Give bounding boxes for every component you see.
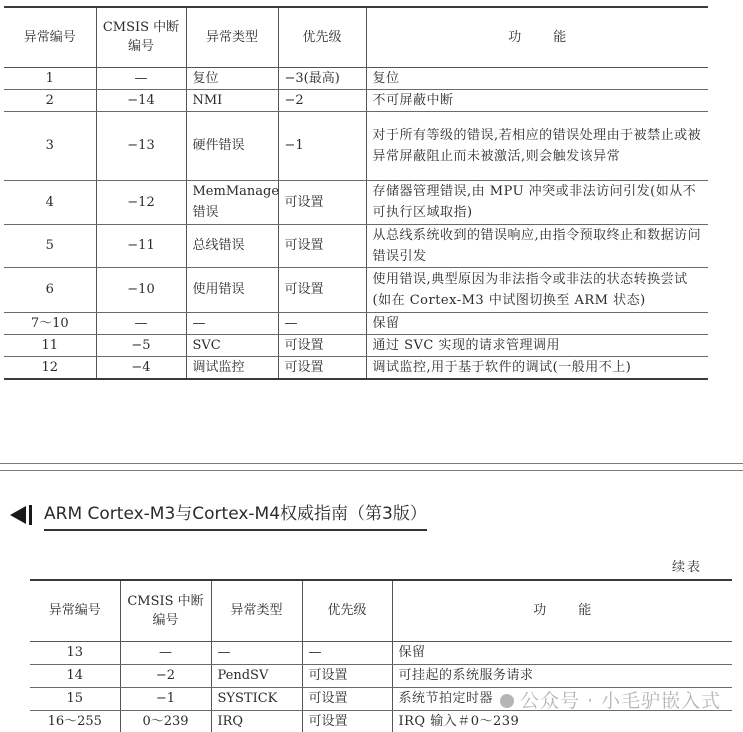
cell-priority: −2 (278, 89, 366, 111)
cell-no: 5 (4, 224, 96, 267)
cell-function: 对于所有等级的错误,若相应的错误处理由于被禁止或被异常屏蔽阻止而未被激活,则会触… (366, 111, 708, 180)
table-row: 13 — — — 保留 (30, 641, 732, 664)
cell-cmsis: −1 (120, 687, 211, 710)
cell-type: MemManage 错误 (186, 180, 278, 224)
cell-function: 从总线系统收到的错误响应,由指令预取终止和数据访问错误引发 (366, 224, 708, 267)
cell-cmsis: 0～239 (120, 710, 211, 732)
cell-priority: — (278, 312, 366, 334)
cell-priority: — (302, 641, 392, 664)
cell-cmsis: −4 (96, 356, 186, 379)
cell-type: 硬件错误 (186, 111, 278, 180)
wechat-icon (500, 694, 514, 708)
cell-cmsis: −11 (96, 224, 186, 267)
cell-no: 1 (4, 67, 96, 89)
cell-type: — (211, 641, 302, 664)
cell-cmsis: −13 (96, 111, 186, 180)
cell-priority: 可设置 (278, 267, 366, 312)
continued-label: 续表 (672, 556, 702, 575)
exception-table-top: 异常编号 CMSIS 中断编号 异常类型 优先级 功能 1 — 复位 −3(最高… (4, 6, 708, 380)
cell-priority: 可设置 (278, 356, 366, 379)
cell-type: SVC (186, 334, 278, 356)
cell-function: 复位 (366, 67, 708, 89)
table-row: 6 −10 使用错误 可设置 使用错误,典型原因为非法指令或非法的状态转换尝试(… (4, 267, 708, 312)
cell-priority: 可设置 (302, 664, 392, 687)
header-function-a: 功 (508, 28, 521, 47)
header-function: 功能 (392, 580, 732, 641)
cell-no: 2 (4, 89, 96, 111)
cell-function: 保留 (366, 312, 708, 334)
cell-function: IRQ 输入＃0～239 (392, 710, 732, 732)
left-arrow-bar-icon (10, 506, 26, 524)
cell-function: 保留 (392, 641, 732, 664)
left-arrow-bar-icon-bar (29, 505, 32, 525)
cell-priority: −3(最高) (278, 67, 366, 89)
cell-cmsis: −10 (96, 267, 186, 312)
cell-priority: 可设置 (278, 334, 366, 356)
cell-no: 4 (4, 180, 96, 224)
cell-function: 不可屏蔽中断 (366, 89, 708, 111)
header-exception-type: 异常类型 (186, 7, 278, 67)
header-cmsis-line1: CMSIS 中断 (103, 20, 179, 35)
table-row: 11 −5 SVC 可设置 通过 SVC 实现的请求管理调用 (4, 334, 708, 356)
cell-priority: 可设置 (302, 710, 392, 732)
cell-type: NMI (186, 89, 278, 111)
cell-type: IRQ (211, 710, 302, 732)
cell-no: 15 (30, 687, 120, 710)
header-cmsis-line2: 编号 (152, 613, 178, 628)
cell-cmsis: — (96, 67, 186, 89)
header-cmsis-line1: CMSIS 中断 (127, 594, 203, 609)
watermark: 公众号 · 小毛驴嵌入式 (500, 686, 721, 713)
cell-type: 复位 (186, 67, 278, 89)
header-cmsis-no: CMSIS 中断编号 (120, 580, 211, 641)
header-exception-type: 异常类型 (211, 580, 302, 641)
header-exception-no: 异常编号 (4, 7, 96, 67)
cell-function: 存储器管理错误,由 MPU 冲突或非法访问引发(如从不可执行区域取指) (366, 180, 708, 224)
cell-no: 12 (4, 356, 96, 379)
table-row: 2 −14 NMI −2 不可屏蔽中断 (4, 89, 708, 111)
cell-priority: −1 (278, 111, 366, 180)
header-priority: 优先级 (278, 7, 366, 67)
cell-cmsis: — (120, 641, 211, 664)
table-row: 14 −2 PendSV 可设置 可挂起的系统服务请求 (30, 664, 732, 687)
cell-cmsis: −14 (96, 89, 186, 111)
cell-no: 14 (30, 664, 120, 687)
watermark-text: 公众号 · 小毛驴嵌入式 (520, 690, 721, 712)
cell-cmsis: −12 (96, 180, 186, 224)
cell-no: 11 (4, 334, 96, 356)
header-cmsis-line2: 编号 (128, 39, 154, 54)
table-row: 12 −4 调试监控 可设置 调试监控,用于基于软件的调试(一般用不上) (4, 356, 708, 379)
table-row: 16～255 0～239 IRQ 可设置 IRQ 输入＃0～239 (30, 710, 732, 732)
cell-type: PendSV (211, 664, 302, 687)
cell-no: 16～255 (30, 710, 120, 732)
cell-function: 可挂起的系统服务请求 (392, 664, 732, 687)
header-function-a: 功 (533, 601, 546, 620)
cell-no: 13 (30, 641, 120, 664)
cell-no: 7～10 (4, 312, 96, 334)
table-row: 3 −13 硬件错误 −1 对于所有等级的错误,若相应的错误处理由于被禁止或被异… (4, 111, 708, 180)
header-function-b: 能 (578, 601, 591, 620)
table-header-row: 异常编号 CMSIS 中断编号 异常类型 优先级 功能 (30, 580, 732, 641)
header-exception-no: 异常编号 (30, 580, 120, 641)
cell-function: 使用错误,典型原因为非法指令或非法的状态转换尝试(如在 Cortex-M3 中试… (366, 267, 708, 312)
table-row: 1 — 复位 −3(最高) 复位 (4, 67, 708, 89)
cell-type: SYSTICK (211, 687, 302, 710)
cell-type: 总线错误 (186, 224, 278, 267)
header-function-b: 能 (553, 28, 566, 47)
header-cmsis-no: CMSIS 中断编号 (96, 7, 186, 67)
table-header-row: 异常编号 CMSIS 中断编号 异常类型 优先级 功能 (4, 7, 708, 67)
cell-priority: 可设置 (278, 224, 366, 267)
page-separator-line (0, 470, 743, 471)
cell-type: 调试监控 (186, 356, 278, 379)
cell-function: 调试监控,用于基于软件的调试(一般用不上) (366, 356, 708, 379)
cell-priority: 可设置 (278, 180, 366, 224)
cell-cmsis: −2 (120, 664, 211, 687)
table-row: 5 −11 总线错误 可设置 从总线系统收到的错误响应,由指令预取终止和数据访问… (4, 224, 708, 267)
cell-priority: 可设置 (302, 687, 392, 710)
cell-no: 6 (4, 267, 96, 312)
header-priority: 优先级 (302, 580, 392, 641)
cell-type: — (186, 312, 278, 334)
cell-function: 通过 SVC 实现的请求管理调用 (366, 334, 708, 356)
table-row: 7～10 — — — 保留 (4, 312, 708, 334)
cell-cmsis: −5 (96, 334, 186, 356)
book-title: ARM Cortex-M3与Cortex-M4权威指南（第3版） (44, 502, 427, 531)
cell-no: 3 (4, 111, 96, 180)
cell-cmsis: — (96, 312, 186, 334)
header-function: 功能 (366, 7, 708, 67)
page-separator-line (0, 463, 743, 464)
cell-type: 使用错误 (186, 267, 278, 312)
table-row: 4 −12 MemManage 错误 可设置 存储器管理错误,由 MPU 冲突或… (4, 180, 708, 224)
